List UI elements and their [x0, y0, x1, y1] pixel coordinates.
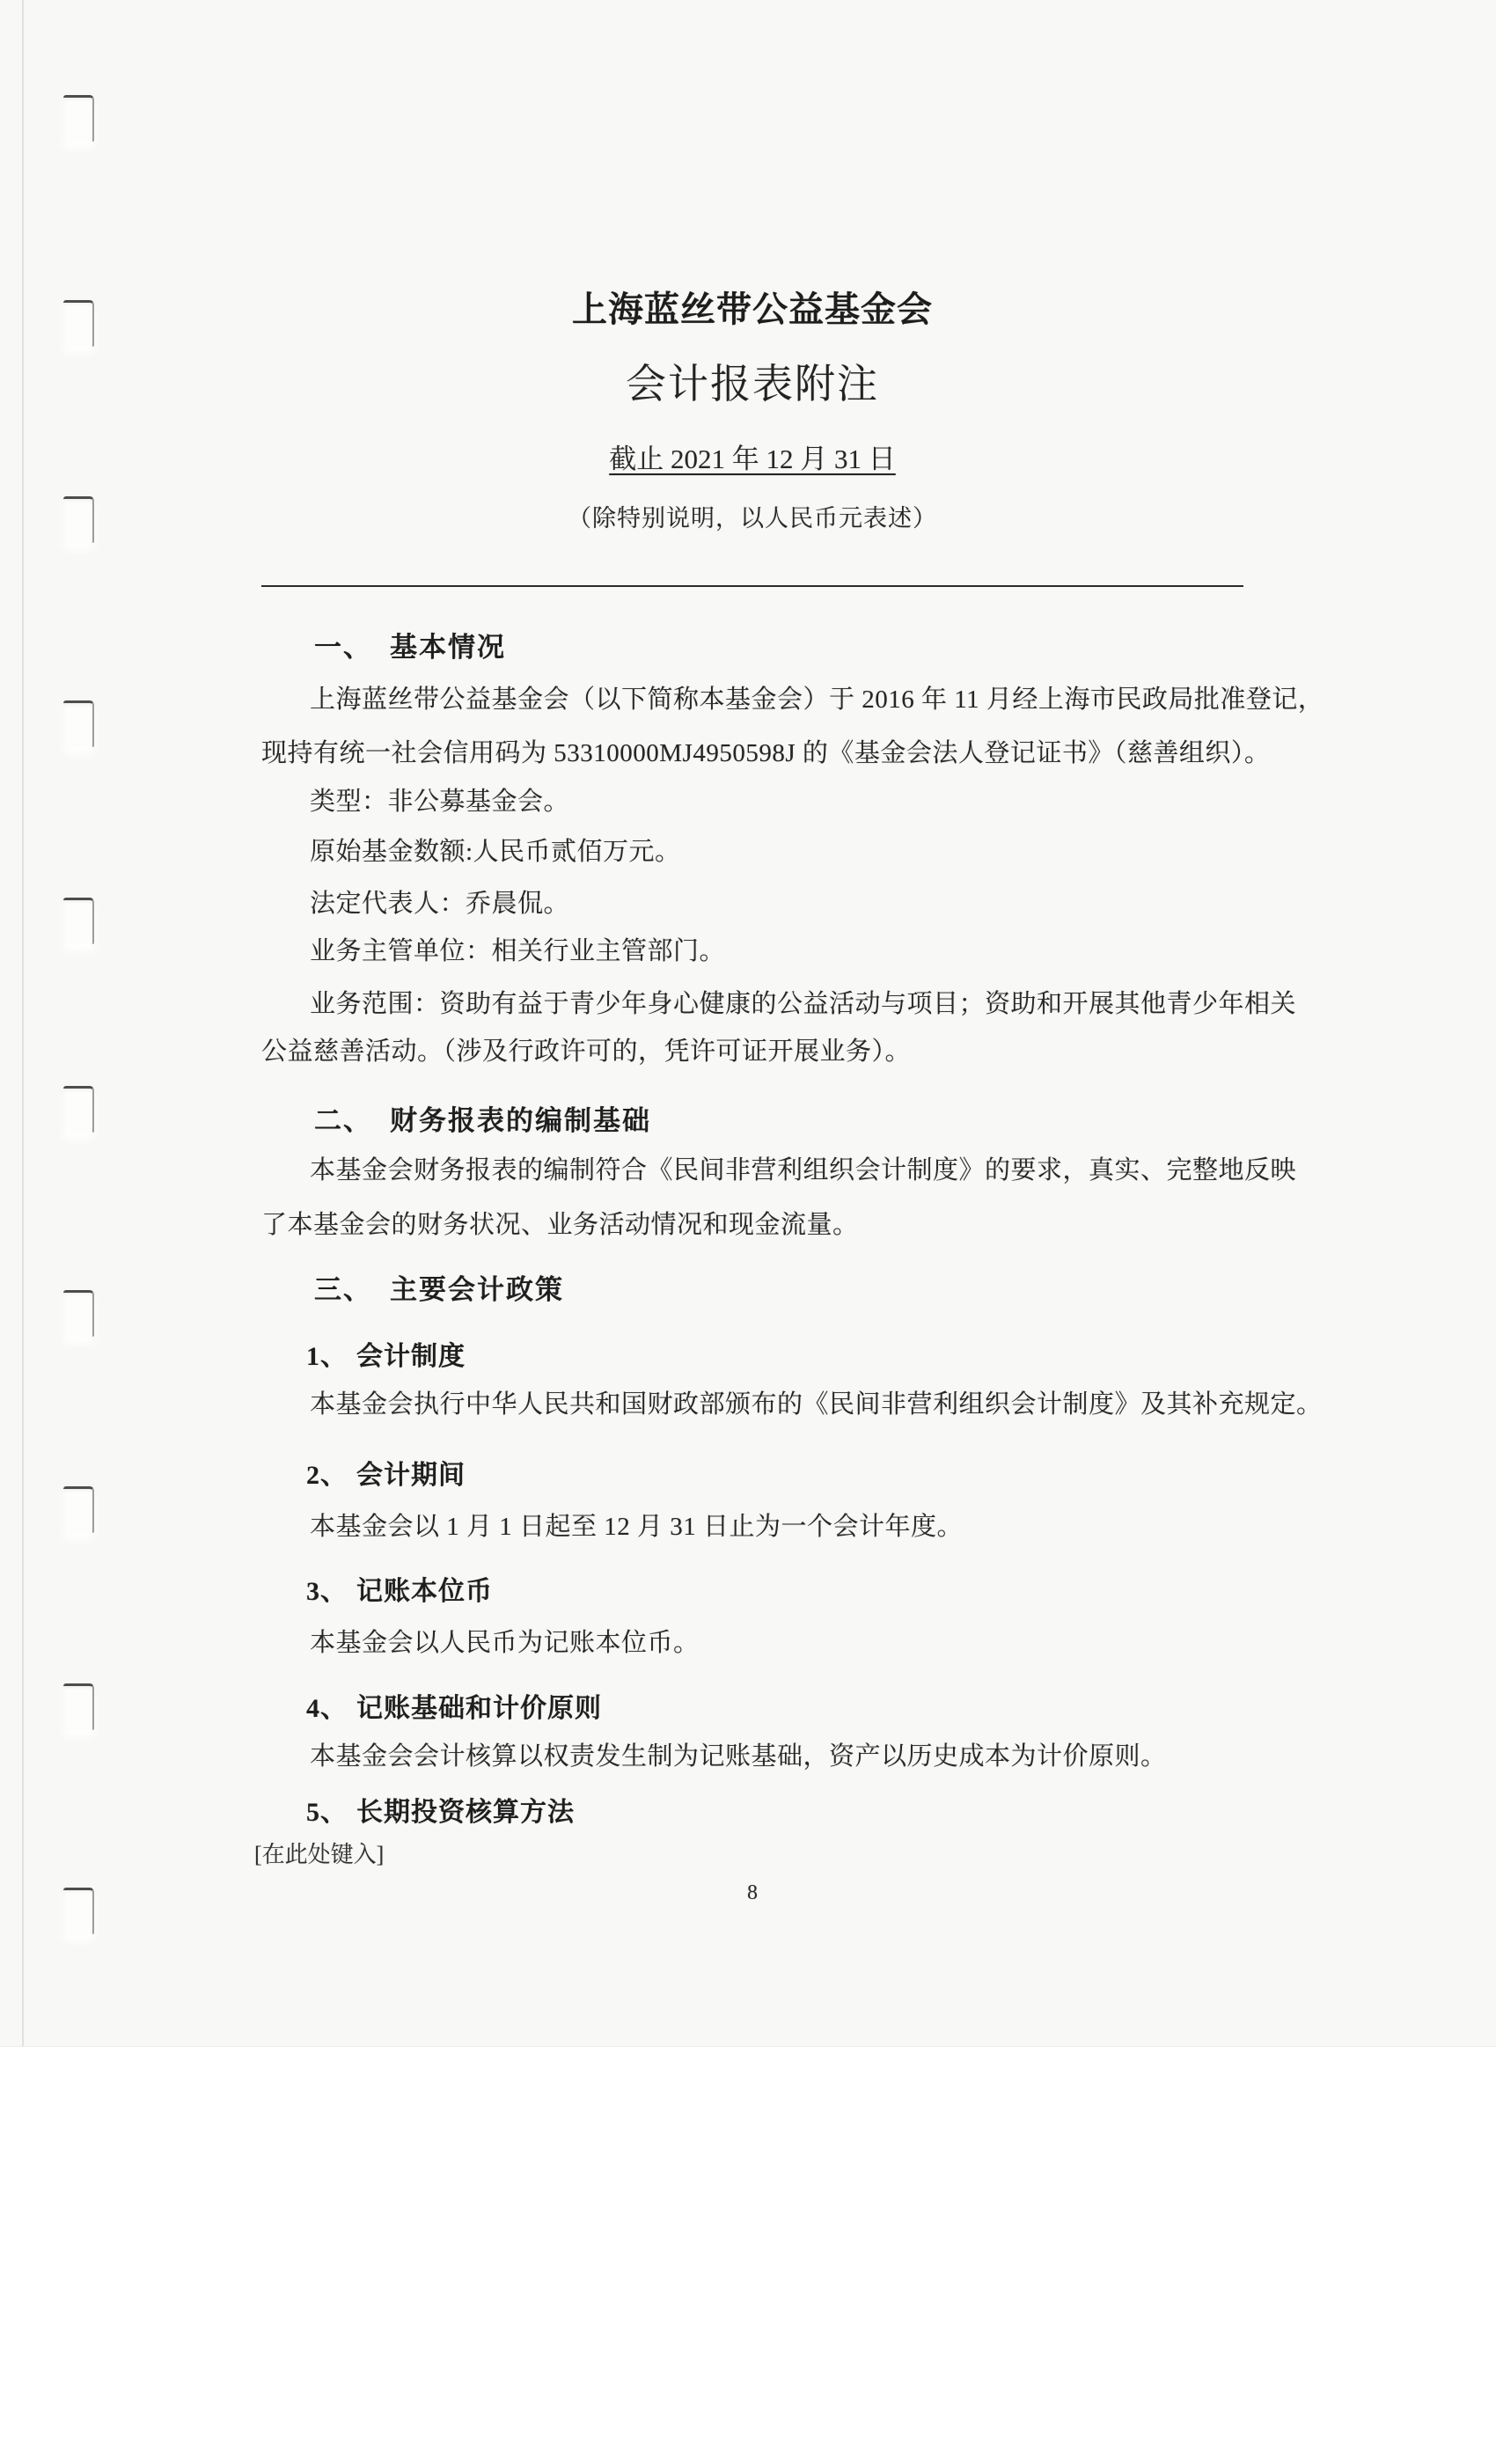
section-2-title: 财务报表的编制基础: [390, 1105, 651, 1136]
policy-2-heading: 2、会计期间: [306, 1453, 466, 1492]
document-title: 会计报表附注: [261, 352, 1243, 410]
binder-hole-mark: [63, 1290, 94, 1337]
policy-3-body: 本基金会以人民币为记账本位币。: [310, 1623, 700, 1659]
line-basis-1: 本基金会财务报表的编制符合《民间非营利组织会计制度》的要求，真实、完整地反映: [310, 1150, 1296, 1186]
policy-4-number: 4、: [306, 1694, 348, 1723]
scanned-document-page: 上海蓝丝带公益基金会 会计报表附注 截止 2021 年 12 月 31 日 （除…: [0, 0, 1496, 2464]
policy-1-title: 会计制度: [356, 1342, 466, 1371]
section-2-number: 二、: [314, 1105, 372, 1136]
policy-4-body: 本基金会会计核算以权责发生制为记账基础，资产以历史成本为计价原则。: [310, 1736, 1167, 1772]
section-3-heading: 三、主要会计政策: [314, 1267, 564, 1307]
binder-hole-mark: [63, 1683, 94, 1730]
currency-note: （除特别说明，以人民币元表述）: [261, 499, 1243, 533]
binder-hole-mark: [63, 1086, 94, 1133]
as-of-date: 截止 2021 年 12 月 31 日: [261, 436, 1243, 476]
as-of-date-text: 截止 2021 年 12 月 31 日: [607, 444, 898, 474]
section-1-number: 一、: [314, 632, 372, 663]
line-supervisor: 业务主管单位：相关行业主管部门。: [310, 931, 725, 967]
binder-hole-mark: [63, 300, 94, 347]
policy-4-title: 记账基础和计价原则: [356, 1694, 602, 1723]
policy-2-body: 本基金会以 1 月 1 日起至 12 月 31 日止为一个会计年度。: [310, 1507, 963, 1543]
line-original-fund: 原始基金数额:人民币贰佰万元。: [310, 832, 681, 868]
line-business-scope-2: 公益慈善活动。（涉及行政许可的，凭许可证开展业务）。: [261, 1031, 911, 1067]
policy-5-title: 长期投资核算方法: [356, 1798, 575, 1827]
organization-name: 上海蓝丝带公益基金会: [261, 282, 1243, 332]
policy-3-number: 3、: [306, 1577, 348, 1606]
binder-hole-mark: [63, 700, 94, 747]
policy-3-title: 记账本位币: [356, 1577, 493, 1606]
line-type: 类型：非公募基金会。: [310, 781, 569, 818]
line-registration-1: 上海蓝丝带公益基金会（以下简称本基金会）于 2016 年 11 月经上海市民政局…: [310, 679, 1324, 715]
line-basis-2: 了本基金会的财务状况、业务活动情况和现金流量。: [261, 1205, 859, 1241]
policy-5-number: 5、: [306, 1798, 348, 1827]
line-business-scope-1: 业务范围：资助有益于青少年身心健康的公益活动与项目；资助和开展其他青少年相关: [310, 984, 1296, 1020]
page-number: 8: [261, 1881, 1243, 1905]
section-3-title: 主要会计政策: [390, 1274, 564, 1305]
header-divider-rule: [261, 585, 1243, 587]
section-2-heading: 二、财务报表的编制基础: [314, 1098, 651, 1138]
policy-5-heading: 5、长期投资核算方法: [306, 1790, 575, 1829]
binder-hole-mark: [63, 1888, 94, 1934]
line-legal-rep: 法定代表人：乔晨侃。: [310, 884, 569, 920]
policy-3-heading: 3、记账本位币: [306, 1569, 493, 1608]
line-registration-2: 现持有统一社会信用码为 53310000MJ4950598J 的《基金会法人登记…: [261, 733, 1270, 769]
binder-hole-mark: [63, 95, 94, 142]
paper-edge-line: [22, 0, 24, 2046]
policy-1-number: 1、: [306, 1342, 348, 1371]
section-1-title: 基本情况: [390, 632, 506, 663]
section-3-number: 三、: [314, 1274, 372, 1305]
policy-4-heading: 4、记账基础和计价原则: [306, 1686, 602, 1725]
policy-1-body: 本基金会执行中华人民共和国财政部颁布的《民间非营利组织会计制度》及其补充规定。: [310, 1384, 1323, 1420]
binder-hole-mark: [63, 898, 94, 944]
policy-2-title: 会计期间: [356, 1461, 466, 1490]
policy-2-number: 2、: [306, 1461, 348, 1490]
type-here-placeholder: [在此处键入]: [254, 1837, 384, 1869]
section-1-heading: 一、基本情况: [314, 625, 506, 664]
scan-background: 上海蓝丝带公益基金会 会计报表附注 截止 2021 年 12 月 31 日 （除…: [0, 0, 1496, 2047]
binder-hole-mark: [63, 1486, 94, 1533]
binder-hole-mark: [63, 496, 94, 543]
policy-1-heading: 1、会计制度: [306, 1334, 466, 1373]
